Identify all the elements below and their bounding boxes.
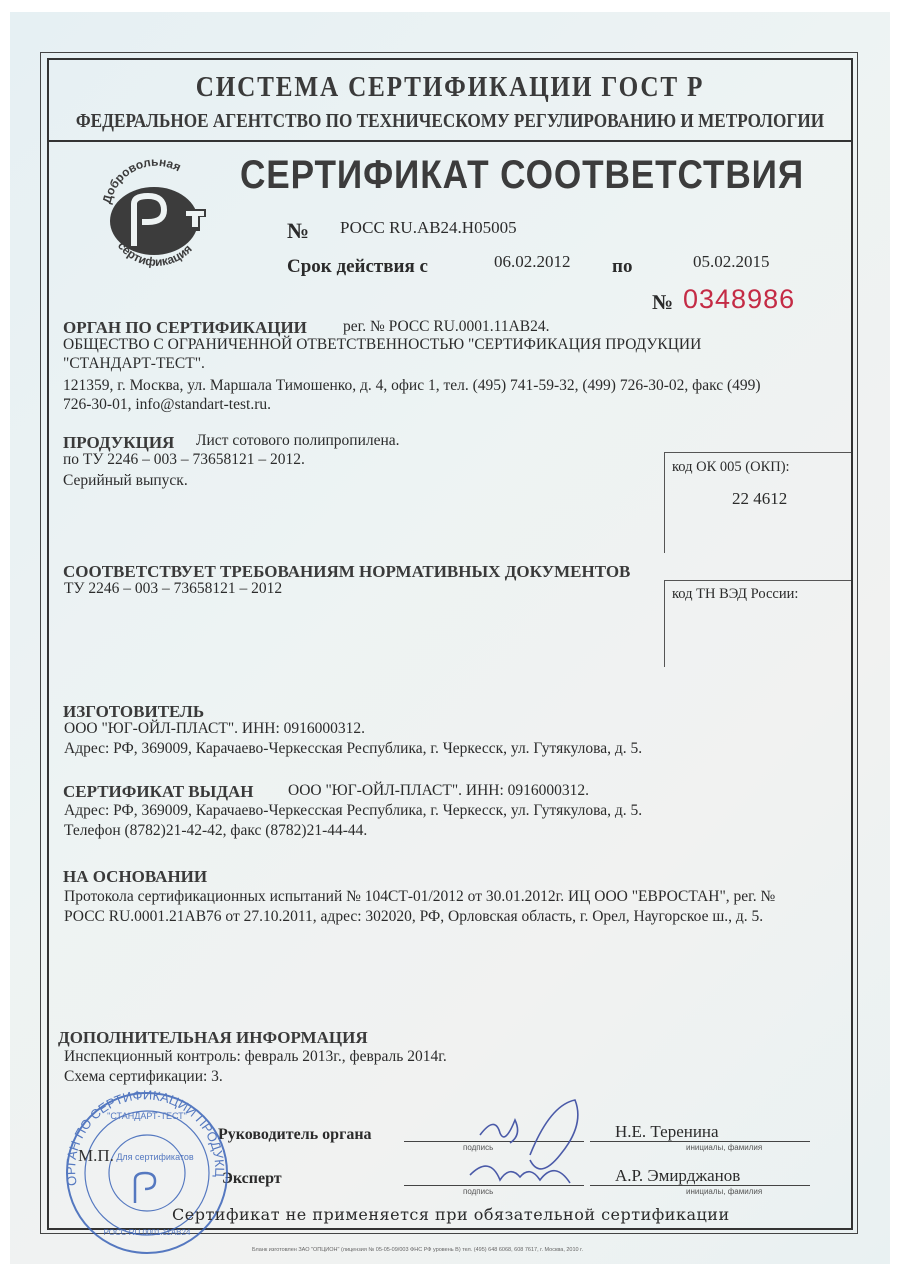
- okp-label: код ОК 005 (ОКП):: [672, 459, 790, 476]
- organ-line: 726-30-01, info@standart-test.ru.: [63, 396, 271, 414]
- organ-heading: ОРГАН ПО СЕРТИФИКАЦИИ: [63, 318, 307, 338]
- expert-name: А.Р. Эмирджанов: [615, 1166, 740, 1186]
- svg-text:"СТАНДАРТ-ТЕСТ": "СТАНДАРТ-ТЕСТ": [107, 1111, 187, 1121]
- svg-text:РОСС RU.0001.11АВ24: РОСС RU.0001.11АВ24: [104, 1228, 191, 1237]
- product-heading: ПРОДУКЦИЯ: [63, 433, 174, 453]
- voluntary-certification-logo-icon: Добровольная сертификация: [96, 158, 216, 268]
- certificate-number: РОСС RU.AB24.H05005: [340, 218, 517, 238]
- additional-heading: ДОПОЛНИТЕЛЬНАЯ ИНФОРМАЦИЯ: [58, 1028, 368, 1048]
- expert-name-line: [590, 1185, 810, 1186]
- organ-line: ОБЩЕСТВО С ОГРАНИЧЕННОЙ ОТВЕТСТВЕННОСТЬЮ…: [63, 336, 701, 354]
- valid-to: 05.02.2015: [693, 252, 770, 272]
- manufacturer-line: ООО "ЮГ-ОЙЛ-ПЛАСТ". ИНН: 0916000312.: [64, 720, 365, 738]
- organ-reg: рег. № РОСС RU.0001.11АВ24.: [343, 318, 550, 336]
- mp-mark: М.П.: [78, 1146, 114, 1166]
- product-line: по ТУ 2246 – 003 – 73658121 – 2012.: [63, 451, 305, 469]
- head-label: Руководитель органа: [218, 1126, 372, 1144]
- manufacturer-heading: ИЗГОТОВИТЕЛЬ: [63, 702, 204, 722]
- serial-number: 0348986: [683, 284, 795, 315]
- tnved-label: код ТН ВЭД России:: [672, 586, 798, 603]
- conformity-heading: СООТВЕТСТВУЕТ ТРЕБОВАНИЯМ НОРМАТИВНЫХ ДО…: [63, 562, 630, 582]
- footer-notice: Сертификат не применяется при обязательн…: [172, 1205, 730, 1224]
- issued-heading: СЕРТИФИКАТ ВЫДАН: [63, 782, 254, 802]
- head-name-line: [590, 1141, 810, 1142]
- header-divider: [47, 140, 853, 142]
- basis-heading: НА ОСНОВАНИИ: [63, 867, 207, 887]
- product-line: Серийный выпуск.: [63, 472, 188, 490]
- basis-line: РОСС RU.0001.21АВ76 от 27.10.2011, адрес…: [64, 908, 763, 926]
- okp-value: 22 4612: [732, 489, 787, 509]
- system-title: СИСТЕМА СЕРТИФИКАЦИИ ГОСТ Р: [45, 72, 855, 104]
- certificate-title: СЕРТИФИКАТ СООТВЕТСТВИЯ: [240, 153, 804, 198]
- valid-from: 06.02.2012: [494, 252, 571, 272]
- product-name: Лист сотового полипропилена.: [196, 432, 400, 450]
- head-name-caption: инициалы, фамилия: [686, 1143, 762, 1152]
- validity-to-label: по: [612, 256, 632, 278]
- svg-text:Для сертификатов: Для сертификатов: [116, 1152, 194, 1162]
- number-label: №: [287, 218, 309, 244]
- basis-line: Протокола сертификационных испытаний № 1…: [64, 888, 775, 906]
- organ-line: "СТАНДАРТ-ТЕСТ".: [63, 355, 205, 373]
- organ-stamp-icon: ОРГАН ПО СЕРТИФИКАЦИИ ПРОДУКЦИИ "СТАНДАР…: [55, 1085, 235, 1255]
- serial-label: №: [652, 290, 673, 315]
- issued-first: ООО "ЮГ-ОЙЛ-ПЛАСТ". ИНН: 0916000312.: [288, 782, 589, 800]
- additional-line: Схема сертификации: 3.: [64, 1068, 223, 1086]
- agency-name: ФЕДЕРАЛЬНОЕ АГЕНТСТВО ПО ТЕХНИЧЕСКОМУ РЕ…: [63, 110, 837, 133]
- conformity-doc: ТУ 2246 – 003 – 73658121 – 2012: [64, 580, 282, 598]
- issued-line: Адрес: РФ, 369009, Карачаево-Черкесская …: [64, 802, 642, 820]
- validity-label: Срок действия с: [287, 256, 428, 278]
- organ-line: 121359, г. Москва, ул. Маршала Тимошенко…: [63, 377, 761, 395]
- issued-line: Телефон (8782)21-42-42, факс (8782)21-44…: [64, 822, 367, 840]
- expert-name-caption: инициалы, фамилия: [686, 1187, 762, 1196]
- handwritten-signature-icon: [460, 1095, 610, 1200]
- printer-info: Бланк изготовлен ЗАО "ОПЦИОН" (лицензия …: [252, 1247, 583, 1253]
- manufacturer-line: Адрес: РФ, 369009, Карачаево-Черкесская …: [64, 740, 642, 758]
- additional-line: Инспекционный контроль: февраль 2013г., …: [64, 1048, 447, 1066]
- head-name: Н.Е. Теренина: [615, 1122, 719, 1142]
